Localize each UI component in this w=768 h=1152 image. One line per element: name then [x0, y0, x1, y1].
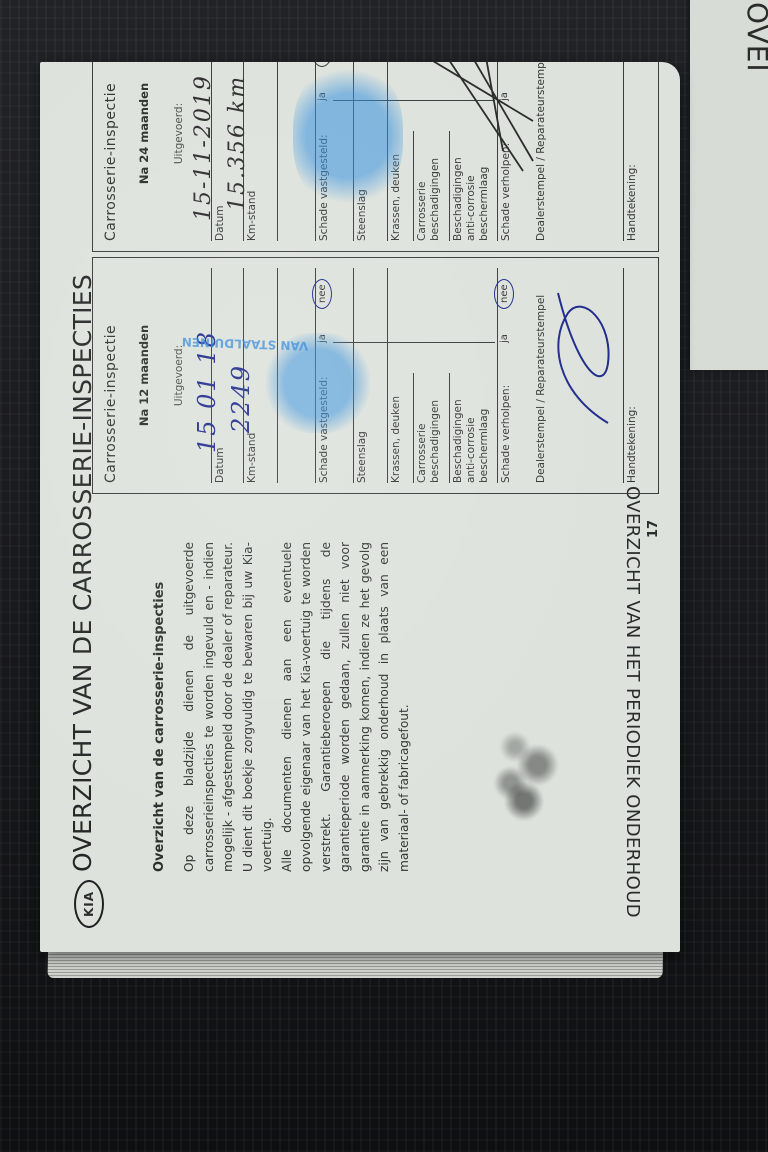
- mileage-label: Km-stand: [246, 433, 258, 483]
- card-title: Carrosserie-inspectie: [103, 83, 119, 241]
- inverted-footer-title: OVERZICHT VAN HET PERIODIEK ONDERHOUD: [622, 486, 643, 918]
- stone-chips-label: Steenslag: [356, 431, 368, 483]
- page-number: 17: [646, 520, 661, 538]
- paragraph: Alle documenten dienen aan een eventuele…: [278, 542, 415, 872]
- selected-no-circle: [312, 279, 332, 309]
- maintenance-booklet-page: KIA OVERZICHT VAN DE CARROSSERIE-INSPECT…: [40, 62, 680, 952]
- page-content-rotated: KIA OVERZICHT VAN DE CARROSSERIE-INSPECT…: [40, 62, 680, 952]
- anticorrosion-label: Beschadigingen anti-corrosie beschermlaa…: [452, 399, 490, 483]
- inspection-card-12-months: Carrosserie-inspectie Na 12 maanden Uitg…: [92, 257, 659, 494]
- card-title: Carrosserie-inspectie: [103, 325, 119, 483]
- kia-logo: KIA: [74, 880, 104, 928]
- selected-no-circle: [494, 279, 514, 309]
- damage-repaired-yes[interactable]: ja: [499, 334, 510, 343]
- handwritten-date: 15-11-2019: [191, 74, 216, 221]
- handwritten-mileage: 15.356 km: [225, 75, 250, 211]
- next-page-title: OVEI: [741, 2, 768, 73]
- inspection-period: Na 24 maanden: [137, 62, 151, 251]
- scratches-label: Krassen, deuken: [390, 396, 402, 483]
- signature-field[interactable]: Handtekening:: [623, 62, 639, 241]
- dealer-stamp-blur: [293, 62, 403, 211]
- signature-label: Handtekening:: [626, 164, 638, 241]
- scratches-row[interactable]: Krassen, deuken: [387, 268, 403, 483]
- body-damage-label: Carrosserie beschadigingen: [416, 400, 441, 483]
- inspection-period: Na 12 maanden: [137, 258, 151, 493]
- performed-label: Uitgevoerd:: [173, 62, 185, 251]
- body-damage-row[interactable]: Carrosserie beschadigingen: [413, 373, 442, 483]
- paragraph: Op deze bladzijde dienen de uitgevoerde …: [180, 542, 278, 872]
- column-divider: [333, 342, 495, 343]
- damage-repaired-label: Schade verholpen:: [500, 385, 512, 483]
- blank-line: [277, 62, 280, 241]
- handwritten-mileage: 2249: [227, 364, 255, 433]
- performed-label: Uitgevoerd:: [173, 258, 185, 493]
- inspection-card-24-months: Carrosserie-inspectie Na 24 maanden Uitg…: [92, 62, 659, 252]
- anticorrosion-row[interactable]: Beschadigingen anti-corrosie beschermlaa…: [449, 373, 491, 483]
- intro-text: Op deze bladzijde dienen de uitgevoerde …: [180, 542, 414, 872]
- next-page: OVEI: [690, 0, 768, 370]
- signature-24-months: [423, 62, 543, 181]
- signature-12-months: [538, 283, 628, 433]
- section-heading: Overzicht van de carrosserie-inspecties: [152, 582, 167, 872]
- ink-smudge: [488, 717, 578, 837]
